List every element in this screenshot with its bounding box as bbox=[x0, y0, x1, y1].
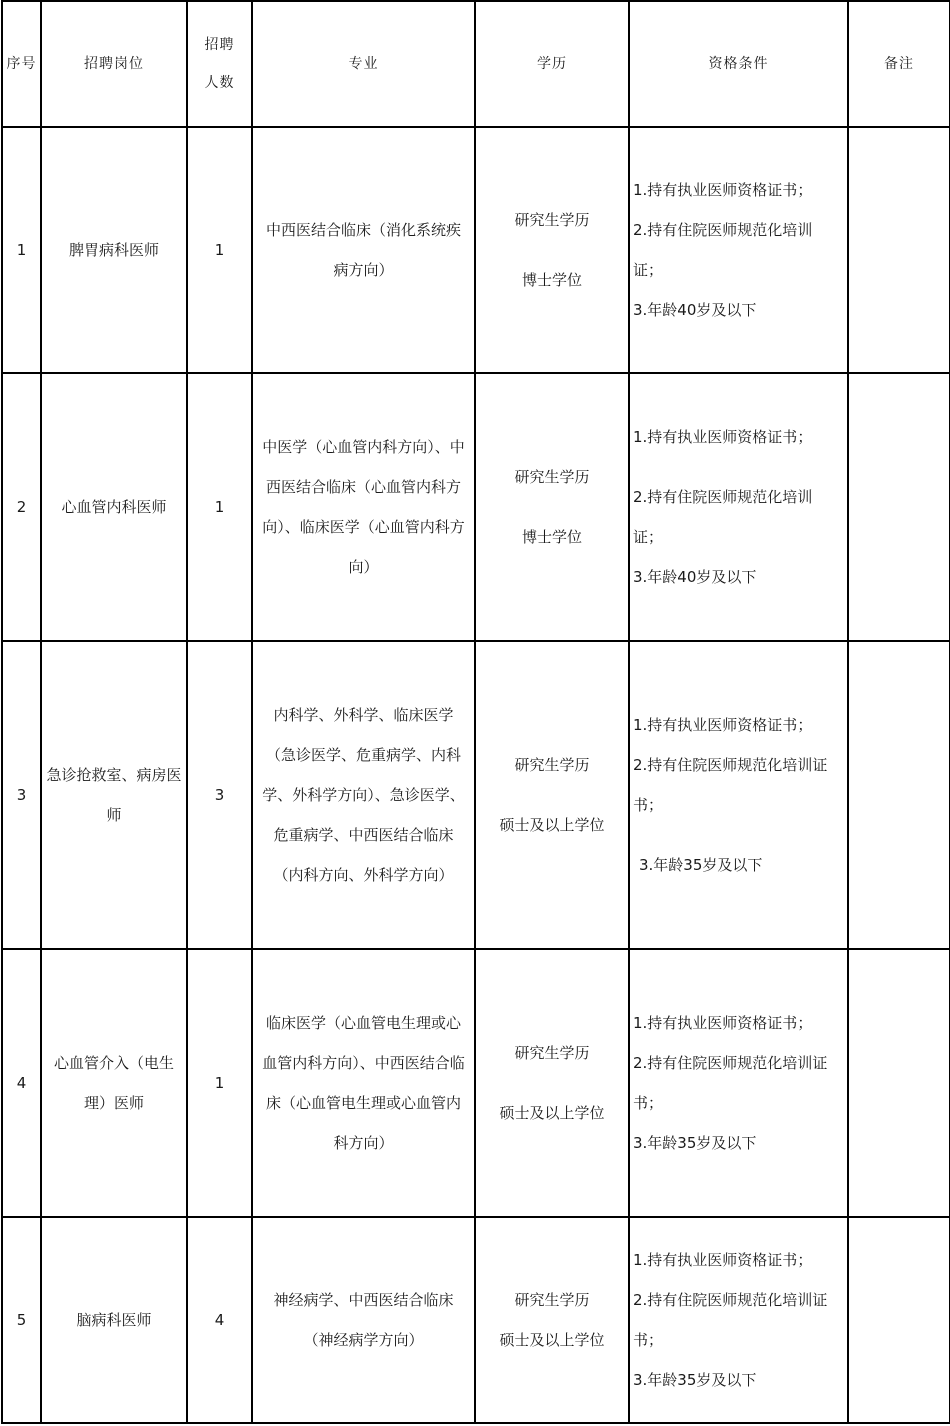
cell-major: 内科学、外科学、临床医学（急诊医学、危重病学、内科学、外科学方向）、急诊医学、危… bbox=[252, 641, 475, 949]
table-row: 2 心血管内科医师 1 中医学（心血管内科方向）、中西医结合临床（心血管内科方向… bbox=[2, 373, 950, 641]
requirement-item: 2.持有住院医师规范化培训证； bbox=[633, 210, 841, 290]
degree: 硕士及以上学位 bbox=[476, 1325, 628, 1355]
cell-seq: 5 bbox=[2, 1217, 41, 1423]
cell-seq: 4 bbox=[2, 949, 41, 1217]
cell-count: 1 bbox=[187, 373, 252, 641]
cell-position: 心血管介入（电生理）医师 bbox=[41, 949, 187, 1217]
cell-count: 1 bbox=[187, 127, 252, 373]
recruitment-table: 序号 招聘岗位 招聘 人数 专业 学历 资格条件 备注 1 脾胃病科医师 1 中… bbox=[1, 0, 950, 1424]
cell-count: 4 bbox=[187, 1217, 252, 1423]
table-row: 4 心血管介入（电生理）医师 1 临床医学（心血管电生理或心血管内科方向）、中西… bbox=[2, 949, 950, 1217]
cell-major: 中西医结合临床（消化系统疾病方向） bbox=[252, 127, 475, 373]
requirement-item: 1.持有执业医师资格证书； bbox=[633, 1240, 841, 1280]
cell-count: 3 bbox=[187, 641, 252, 949]
cell-education: 研究生学历 博士学位 bbox=[475, 373, 629, 641]
cell-education: 研究生学历 硕士及以上学位 bbox=[475, 641, 629, 949]
cell-seq: 2 bbox=[2, 373, 41, 641]
degree: 硕士及以上学位 bbox=[476, 810, 628, 840]
cell-seq: 1 bbox=[2, 127, 41, 373]
cell-position: 脾胃病科医师 bbox=[41, 127, 187, 373]
requirement-item: 2.持有住院医师规范化培训证书； bbox=[633, 1043, 841, 1123]
requirement-item: 1.持有执业医师资格证书； bbox=[633, 417, 841, 457]
requirement-item: 1.持有执业医师资格证书； bbox=[633, 1003, 841, 1043]
cell-position: 急诊抢救室、病房医师 bbox=[41, 641, 187, 949]
header-major: 专业 bbox=[252, 1, 475, 127]
cell-requirements: 1.持有执业医师资格证书； 2.持有住院医师规范化培训证书； 3.年龄35岁及以… bbox=[629, 1217, 848, 1423]
cell-requirements: 1.持有执业医师资格证书； 2.持有住院医师规范化培训证书； 3.年龄35岁及以… bbox=[629, 641, 848, 949]
degree: 博士学位 bbox=[476, 522, 628, 552]
education-level: 研究生学历 bbox=[476, 1038, 628, 1068]
header-position: 招聘岗位 bbox=[41, 1, 187, 127]
cell-education: 研究生学历 硕士及以上学位 bbox=[475, 1217, 629, 1423]
education-level: 研究生学历 bbox=[476, 205, 628, 235]
requirement-item: 2.持有住院医师规范化培训证； bbox=[633, 477, 841, 557]
cell-requirements: 1.持有执业医师资格证书； 2.持有住院医师规范化培训证； 3.年龄40岁及以下 bbox=[629, 127, 848, 373]
cell-requirements: 1.持有执业医师资格证书； 2.持有住院医师规范化培训证书； 3.年龄35岁及以… bbox=[629, 949, 848, 1217]
header-count-line1: 招聘 bbox=[188, 26, 251, 64]
cell-notes bbox=[848, 1217, 950, 1423]
header-count-line2: 人数 bbox=[188, 64, 251, 102]
cell-notes bbox=[848, 127, 950, 373]
header-seq: 序号 bbox=[2, 1, 41, 127]
requirement-item: 1.持有执业医师资格证书； bbox=[633, 705, 841, 745]
header-education: 学历 bbox=[475, 1, 629, 127]
header-notes: 备注 bbox=[848, 1, 950, 127]
cell-major: 神经病学、中西医结合临床（神经病学方向） bbox=[252, 1217, 475, 1423]
requirement-item: 3.年龄40岁及以下 bbox=[633, 557, 841, 597]
cell-notes bbox=[848, 949, 950, 1217]
requirement-item: 2.持有住院医师规范化培训证书； bbox=[633, 1280, 841, 1360]
table-row: 5 脑病科医师 4 神经病学、中西医结合临床（神经病学方向） 研究生学历 硕士及… bbox=[2, 1217, 950, 1423]
cell-position: 脑病科医师 bbox=[41, 1217, 187, 1423]
requirement-item: 3.年龄35岁及以下 bbox=[633, 1360, 841, 1400]
table-row: 3 急诊抢救室、病房医师 3 内科学、外科学、临床医学（急诊医学、危重病学、内科… bbox=[2, 641, 950, 949]
degree: 博士学位 bbox=[476, 265, 628, 295]
cell-position: 心血管内科医师 bbox=[41, 373, 187, 641]
cell-major: 中医学（心血管内科方向）、中西医结合临床（心血管内科方向）、临床医学（心血管内科… bbox=[252, 373, 475, 641]
header-count: 招聘 人数 bbox=[187, 1, 252, 127]
requirement-item: 1.持有执业医师资格证书； bbox=[633, 170, 841, 210]
education-level: 研究生学历 bbox=[476, 1285, 628, 1315]
cell-notes bbox=[848, 373, 950, 641]
cell-education: 研究生学历 硕士及以上学位 bbox=[475, 949, 629, 1217]
cell-notes bbox=[848, 641, 950, 949]
requirement-item: 3.年龄35岁及以下 bbox=[633, 1123, 841, 1163]
cell-education: 研究生学历 博士学位 bbox=[475, 127, 629, 373]
cell-seq: 3 bbox=[2, 641, 41, 949]
requirement-item: 2.持有住院医师规范化培训证书； bbox=[633, 745, 841, 825]
cell-count: 1 bbox=[187, 949, 252, 1217]
requirement-item: 3.年龄40岁及以下 bbox=[633, 290, 841, 330]
requirement-item: 3.年龄35岁及以下 bbox=[633, 845, 841, 885]
cell-major: 临床医学（心血管电生理或心血管内科方向）、中西医结合临床（心血管电生理或心血管内… bbox=[252, 949, 475, 1217]
education-level: 研究生学历 bbox=[476, 750, 628, 780]
table-row: 1 脾胃病科医师 1 中西医结合临床（消化系统疾病方向） 研究生学历 博士学位 … bbox=[2, 127, 950, 373]
cell-requirements: 1.持有执业医师资格证书； 2.持有住院医师规范化培训证； 3.年龄40岁及以下 bbox=[629, 373, 848, 641]
header-requirements: 资格条件 bbox=[629, 1, 848, 127]
degree: 硕士及以上学位 bbox=[476, 1098, 628, 1128]
header-row: 序号 招聘岗位 招聘 人数 专业 学历 资格条件 备注 bbox=[2, 1, 950, 127]
education-level: 研究生学历 bbox=[476, 462, 628, 492]
